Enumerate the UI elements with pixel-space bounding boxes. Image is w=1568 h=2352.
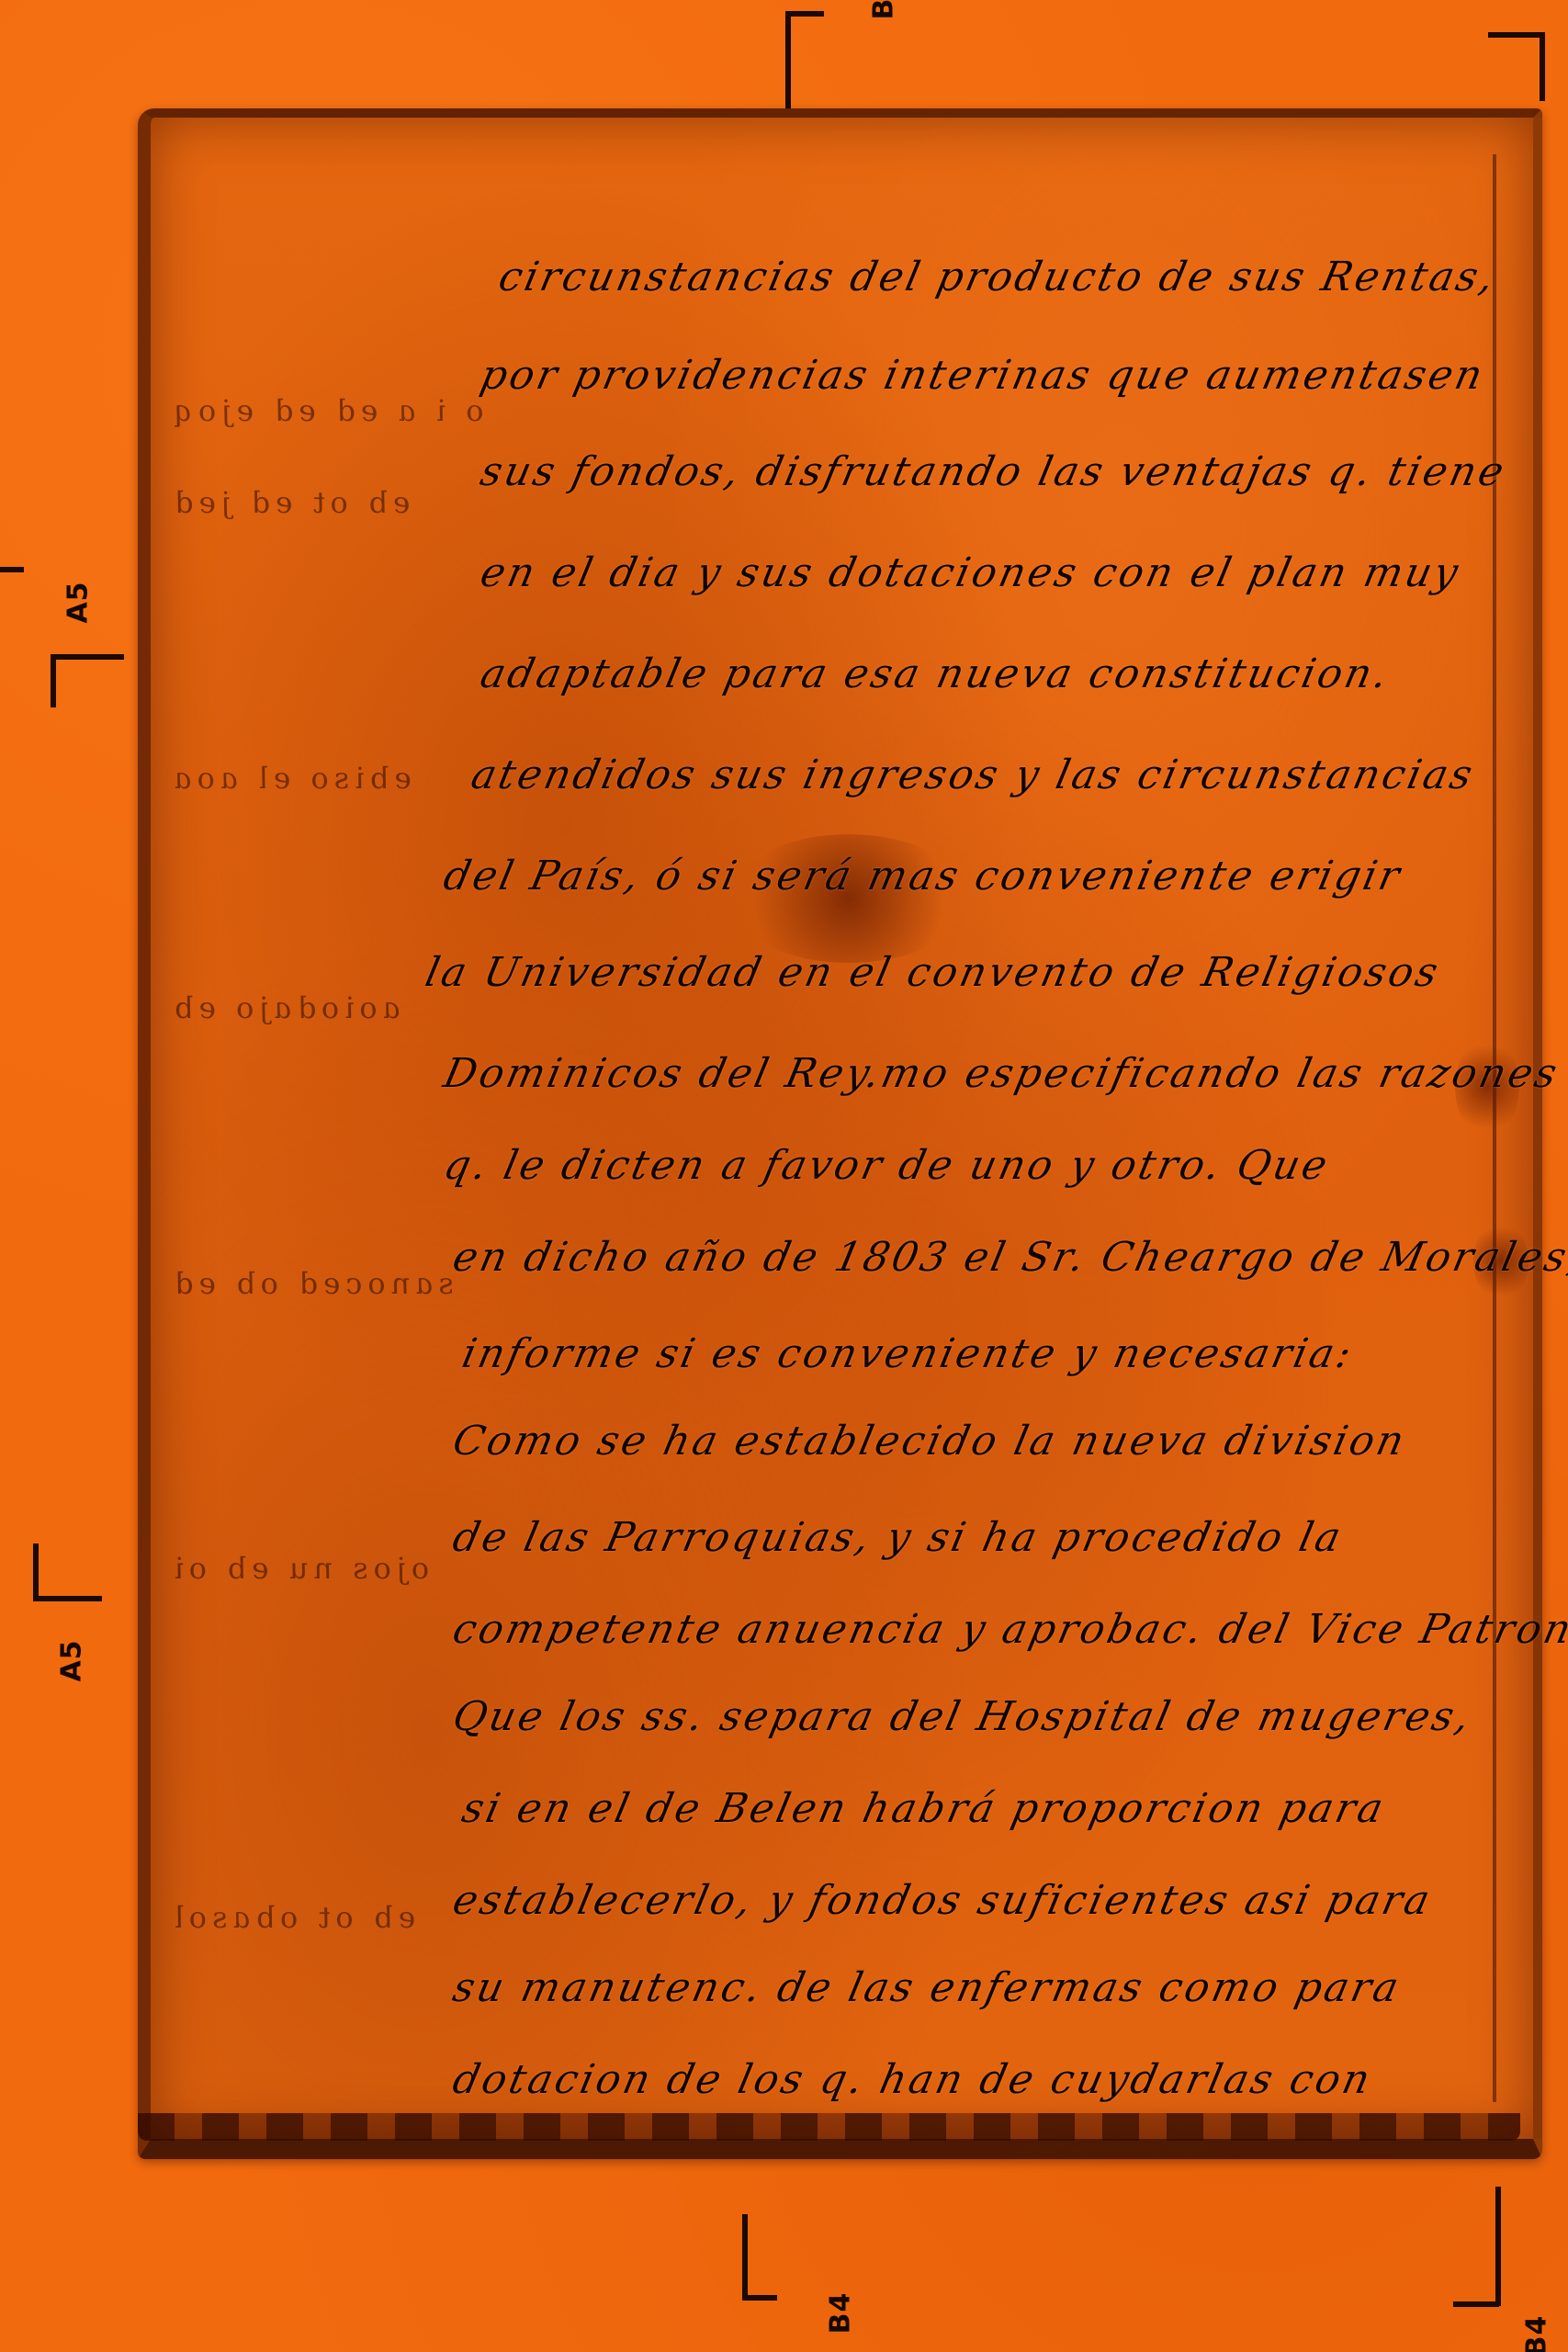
marker-label-b4-right: B4 <box>1520 2315 1552 2352</box>
manuscript-line: competente anuencia y aprobac. del Vice … <box>449 1606 1568 1653</box>
manuscript-line: si en el de Belen habrá proporcion para <box>458 1785 1391 1832</box>
manuscript-line: q. le dicten a favor de uno y otro. Que <box>440 1142 1335 1189</box>
manuscript-line: informe si es conveniente y necesaria: <box>458 1330 1359 1377</box>
manuscript-line: en el dia y sus dotaciones con el plan m… <box>477 549 1465 596</box>
manuscript-line: del País, ó si será mas conveniente erig… <box>440 853 1406 899</box>
bleed-through-line: eb ot obasol <box>166 1900 419 1935</box>
manuscript-line: su manutenc. de las enfermas como para <box>449 1964 1405 2011</box>
bleed-through-line: o i a ed ed ejoq <box>166 393 488 428</box>
bleed-through-line: sanoced ob ed <box>166 1266 457 1301</box>
manuscript-line: por providencias interinas que aumentase… <box>477 352 1490 399</box>
bleed-through-line: ojos nu eb oi <box>166 1551 433 1586</box>
bleed-through-line: aoiodajo eb <box>166 990 404 1025</box>
manuscript-line: en dicho año de 1803 el Sr. Cheargo de M… <box>449 1234 1568 1281</box>
marker-label-b-top: B <box>867 0 899 19</box>
manuscript-line: de las Parroquias, y si ha procedido la <box>449 1514 1348 1561</box>
manuscript-line: atendidos sus ingresos y las circunstanc… <box>468 752 1480 798</box>
bleed-through-line: ebiso el aoa <box>166 761 415 796</box>
frayed-paper-edge <box>138 2113 1520 2141</box>
marker-label-a5-lower: A5 <box>56 1639 88 1681</box>
manuscript-line: dotacion de los q. han de cuydarlas con <box>449 2056 1377 2103</box>
manuscript-line: sus fondos, disfrutando las ventajas q. … <box>477 448 1511 495</box>
manuscript-line: la Universidad en el convento de Religio… <box>422 949 1445 996</box>
manuscript-line: Dominicos del Rey.mo especificando las r… <box>440 1050 1564 1097</box>
manuscript-line: circunstancias del producto de sus Renta… <box>495 254 1501 300</box>
marker-label-a5-upper: A5 <box>62 581 95 623</box>
manuscript-line: Que los ss. separa del Hospital de muger… <box>449 1693 1477 1740</box>
manuscript-page: o i a ed ed ejoq eb ot ed jed ebiso el a… <box>138 108 1542 2159</box>
manuscript-line: Como se ha establecido la nueva division <box>449 1418 1411 1464</box>
manuscript-line: establecerlo, y fondos suficientes asi p… <box>449 1877 1437 1924</box>
marker-label-b4-bottom: B4 <box>824 2292 856 2335</box>
bleed-through-line: eb ot ed jed <box>166 485 414 520</box>
manuscript-line: adaptable para esa nueva constitucion. <box>477 650 1394 697</box>
